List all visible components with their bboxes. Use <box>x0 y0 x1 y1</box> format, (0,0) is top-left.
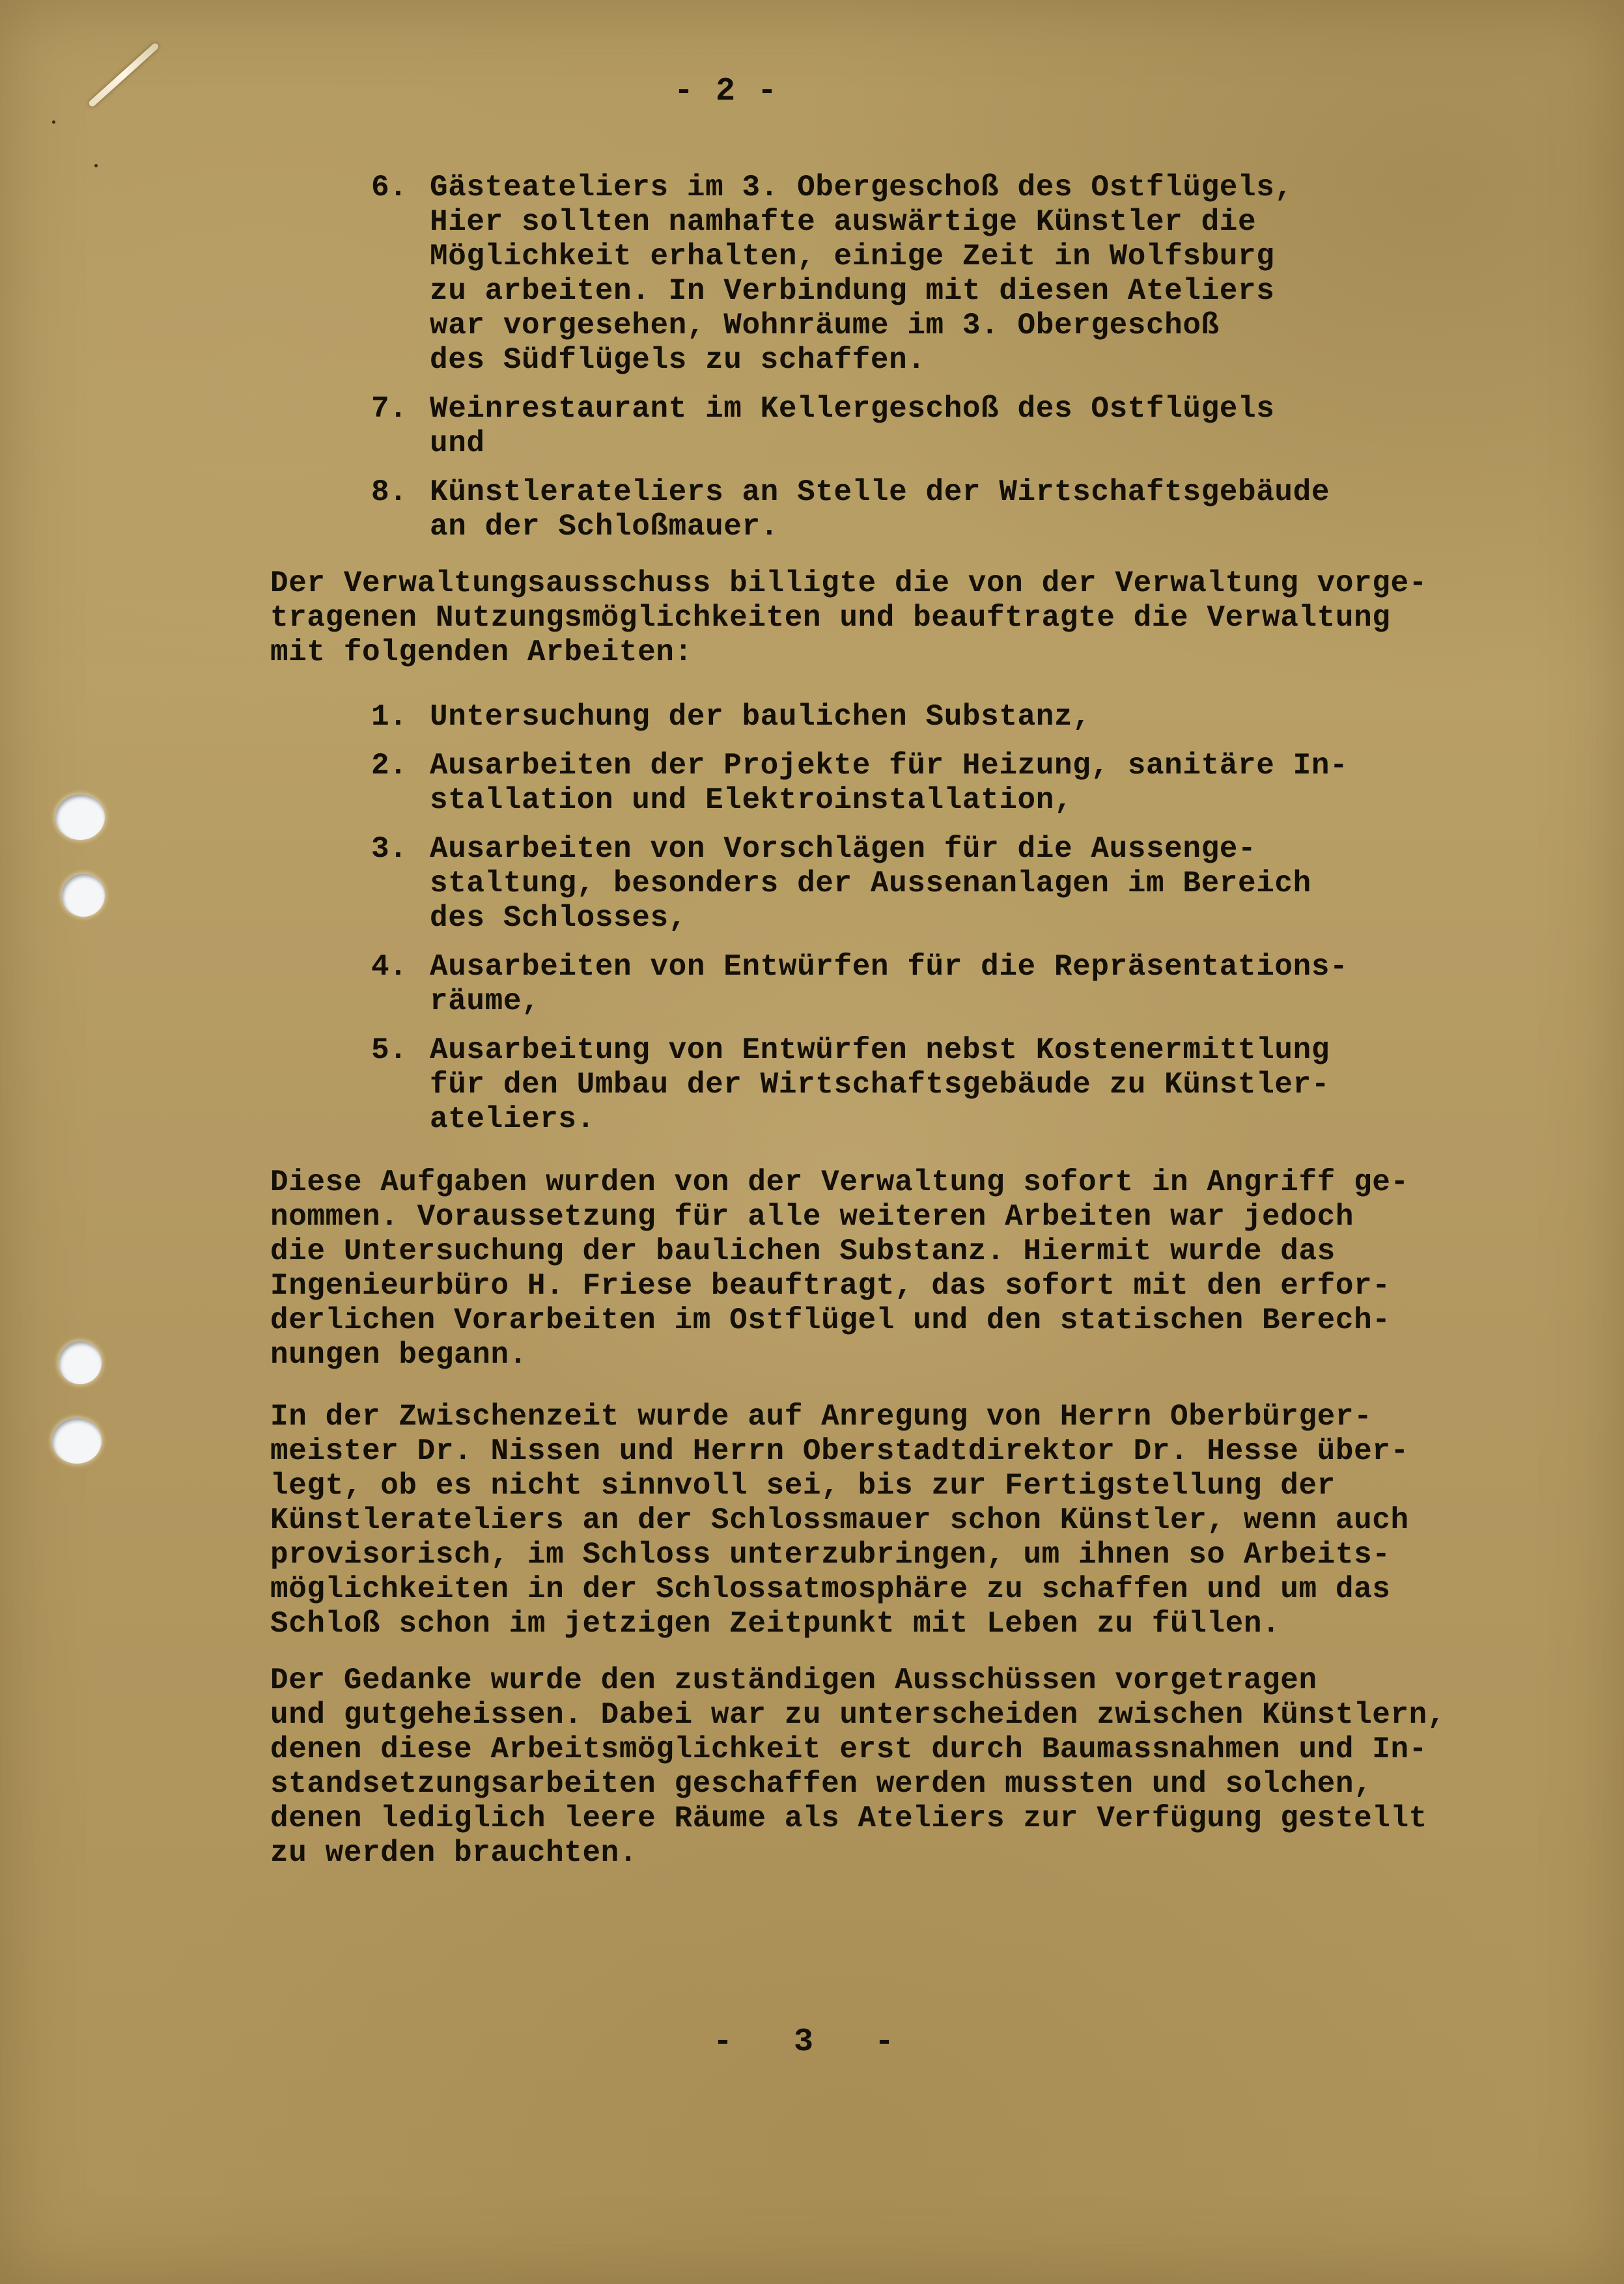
paragraph-line: Schloß schon im jetzigen Zeitpunkt mit L… <box>270 1607 1560 1641</box>
list-number: 4. <box>371 950 407 984</box>
list-line: Künstlerateliers an Stelle der Wirtschaf… <box>430 475 1560 510</box>
list-line: und <box>430 426 1560 461</box>
list-line: räume, <box>430 984 1560 1019</box>
paragraph-line: nommen. Voraussetzung für alle weiteren … <box>270 1200 1560 1234</box>
list-line: Untersuchung der baulichen Substanz, <box>430 700 1560 734</box>
typewritten-page: - 2 - 6. Gästeateliers im 3. Obergeschoß… <box>0 0 1624 2284</box>
paragraph-interim-artists: In der Zwischenzeit wurde auf Anregung v… <box>270 1400 1560 1641</box>
paragraph-line: provisorisch, im Schloss unterzubringen,… <box>270 1538 1560 1572</box>
punch-hole-icon <box>55 794 105 840</box>
paragraph-line: Der Verwaltungsausschuss billigte die vo… <box>270 566 1560 601</box>
list-line: ateliers. <box>430 1102 1560 1137</box>
list-number: 6. <box>371 171 407 205</box>
paragraph-line: denen diese Arbeitsmöglichkeit erst durc… <box>270 1733 1560 1767</box>
list-line: Gästeateliers im 3. Obergeschoß des Ostf… <box>430 171 1560 205</box>
list-item-3: 3. Ausarbeiten von Vorschlägen für die A… <box>371 832 1560 936</box>
paragraph-line: Diese Aufgaben wurden von der Verwaltung… <box>270 1165 1560 1200</box>
paragraph-line: standsetzungsarbeiten geschaffen werden … <box>270 1767 1560 1802</box>
list-line: Möglichkeit erhalten, einige Zeit in Wol… <box>430 240 1560 274</box>
list-line: Weinrestaurant im Kellergeschoß des Ostf… <box>430 392 1560 426</box>
paragraph-committee-endorsement: Der Gedanke wurde den zuständigen Aussch… <box>270 1664 1560 1871</box>
page-number-footer: - 3 - <box>713 2024 895 2061</box>
paragraph-line: mit folgenden Arbeiten: <box>270 635 1560 670</box>
paragraph-line: tragenen Nutzungsmöglichkeiten und beauf… <box>270 601 1560 635</box>
list-line: des Südflügels zu schaffen. <box>430 343 1560 378</box>
list-line: Ausarbeiten von Vorschlägen für die Auss… <box>430 832 1560 867</box>
list-item-6: 6. Gästeateliers im 3. Obergeschoß des O… <box>371 171 1560 378</box>
list-number: 1. <box>371 700 407 734</box>
paragraph-committee-approval: Der Verwaltungsausschuss billigte die vo… <box>270 566 1560 670</box>
list-number: 5. <box>371 1033 407 1068</box>
facility-list: 6. Gästeateliers im 3. Obergeschoß des O… <box>270 171 1560 544</box>
list-number: 2. <box>371 749 407 783</box>
page-number-header: - 2 - <box>674 73 778 110</box>
list-line: Ausarbeiten der Projekte für Heizung, sa… <box>430 749 1560 783</box>
list-item-4: 4. Ausarbeiten von Entwürfen für die Rep… <box>371 950 1560 1019</box>
paragraph-line: legt, ob es nicht sinnvoll sei, bis zur … <box>270 1469 1560 1503</box>
task-list: 1. Untersuchung der baulichen Substanz, … <box>270 700 1560 1137</box>
punch-hole-icon <box>62 874 105 917</box>
list-item-2: 2. Ausarbeiten der Projekte für Heizung,… <box>371 749 1560 818</box>
staple-mark-icon <box>88 42 160 107</box>
list-item-1: 1. Untersuchung der baulichen Substanz, <box>371 700 1560 734</box>
list-number: 8. <box>371 475 407 510</box>
paragraph-line: zu werden brauchten. <box>270 1836 1560 1871</box>
paragraph-line: die Untersuchung der baulichen Substanz.… <box>270 1234 1560 1269</box>
paragraph-line: Der Gedanke wurde den zuständigen Aussch… <box>270 1664 1560 1698</box>
list-line: Hier sollten namhafte auswärtige Künstle… <box>430 205 1560 240</box>
list-line: des Schlosses, <box>430 901 1560 936</box>
punch-hole-icon <box>59 1341 102 1384</box>
paragraph-line: nungen begann. <box>270 1338 1560 1372</box>
list-line: war vorgesehen, Wohnräume im 3. Obergesc… <box>430 309 1560 343</box>
ink-speck <box>94 164 98 167</box>
paragraph-line: In der Zwischenzeit wurde auf Anregung v… <box>270 1400 1560 1434</box>
list-line: staltung, besonders der Aussenanlagen im… <box>430 867 1560 901</box>
punch-hole-icon <box>52 1418 102 1464</box>
list-line: Ausarbeiten von Entwürfen für die Repräs… <box>430 950 1560 984</box>
list-line: an der Schloßmauer. <box>430 510 1560 544</box>
list-line: zu arbeiten. In Verbindung mit diesen At… <box>430 274 1560 309</box>
list-line: Ausarbeitung von Entwürfen nebst Kostene… <box>430 1033 1560 1068</box>
paragraph-line: denen lediglich leere Räume als Ateliers… <box>270 1802 1560 1836</box>
list-line: stallation und Elektroinstallation, <box>430 783 1560 818</box>
paragraph-line: möglichkeiten in der Schlossatmosphäre z… <box>270 1572 1560 1607</box>
list-item-7: 7. Weinrestaurant im Kellergeschoß des O… <box>371 392 1560 461</box>
list-number: 3. <box>371 832 407 867</box>
paragraph-line: Ingenieurbüro H. Friese beauftragt, das … <box>270 1269 1560 1303</box>
paragraph-line: und gutgeheissen. Dabei war zu untersche… <box>270 1698 1560 1733</box>
list-line: für den Umbau der Wirtschaftsgebäude zu … <box>430 1068 1560 1102</box>
list-item-5: 5. Ausarbeitung von Entwürfen nebst Kost… <box>371 1033 1560 1137</box>
paragraph-tasks-started: Diese Aufgaben wurden von der Verwaltung… <box>270 1165 1560 1372</box>
list-item-8: 8. Künstlerateliers an Stelle der Wirtsc… <box>371 475 1560 544</box>
paragraph-line: derlichen Vorarbeiten im Ostflügel und d… <box>270 1303 1560 1338</box>
ink-speck <box>52 120 55 124</box>
list-number: 7. <box>371 392 407 426</box>
paragraph-line: meister Dr. Nissen und Herrn Oberstadtdi… <box>270 1434 1560 1469</box>
paragraph-line: Künstlerateliers an der Schlossmauer sch… <box>270 1503 1560 1538</box>
